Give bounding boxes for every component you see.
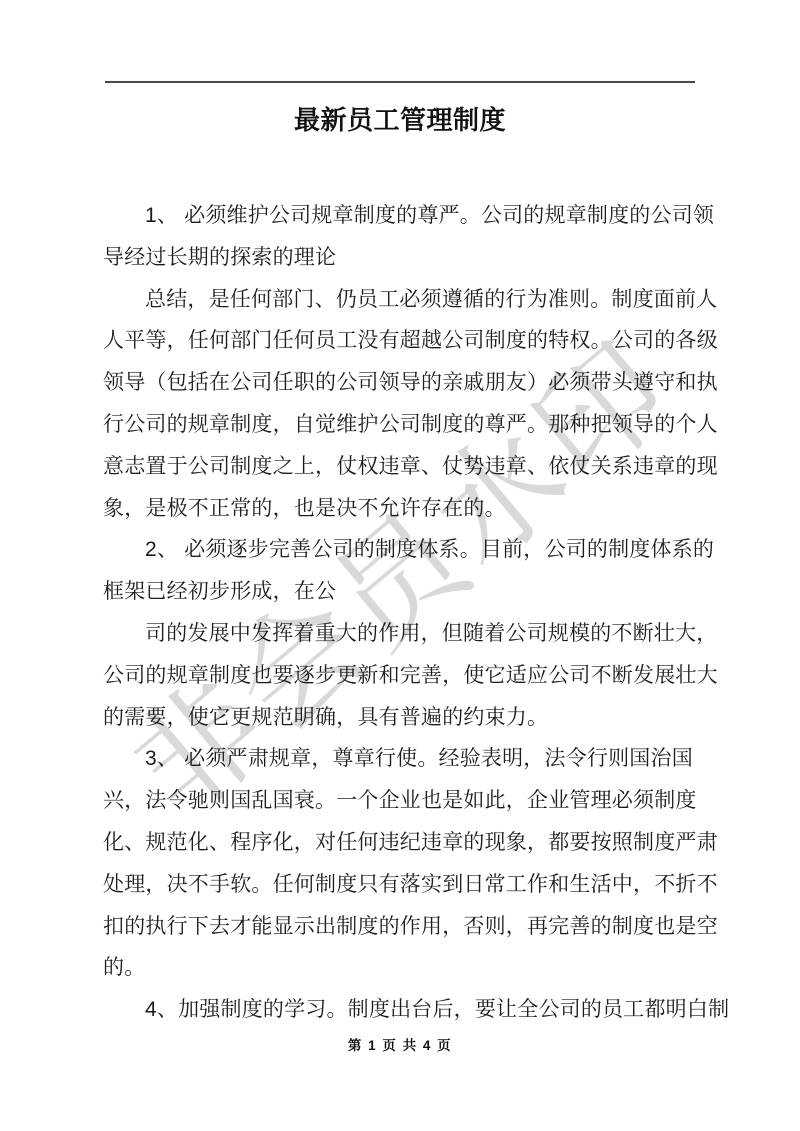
text-line: 框架已经初步形成，在公	[103, 571, 703, 613]
text-line: 行公司的规章制度，自觉维护公司制度的尊严。那种把领导的个人	[103, 404, 703, 446]
header-rule	[105, 81, 695, 83]
page-title: 最新员工管理制度	[0, 102, 800, 138]
text-line: 2、 必须逐步完善公司的制度体系。目前，公司的制度体系的	[103, 529, 703, 571]
text-line: 总结，是任何部门、仍员工必须遵循的行为准则。制度面前人	[103, 279, 703, 321]
document-body: 1、 必须维护公司规章制度的尊严。公司的规章制度的公司领 导经过长期的探索的理论…	[103, 195, 703, 1031]
text-line: 化、规范化、程序化，对任何违纪违章的现象，都要按照制度严肃	[103, 822, 703, 864]
text-line: 人平等，任何部门任何员工没有超越公司制度的特权。公司的各级	[103, 320, 703, 362]
text-line: 公司的规章制度也要逐步更新和完善，使它适应公司不断发展壮大	[103, 655, 703, 697]
text-line: 兴，法令驰则国乱国衰。一个企业也是如此，企业管理必须制度	[103, 780, 703, 822]
text-line: 的需要，使它更规范明确，具有普遍的约束力。	[103, 697, 703, 739]
text-line: 意志置于公司制度之上，仗权违章、仗势违章、依仗关系违章的现	[103, 446, 703, 488]
text-line: 象，是极不正常的，也是决不允许存在的。	[103, 488, 703, 530]
text-line: 导经过长期的探索的理论	[103, 237, 703, 279]
document-page: 最新员工管理制度 非会员水印 1、 必须维护公司规章制度的尊严。公司的规章制度的…	[0, 0, 800, 1131]
text-line: 领导（包括在公司任职的公司领导的亲戚朋友）必须带头遵守和执	[103, 362, 703, 404]
text-line: 4、加强制度的学习。制度出台后，要让全公司的员工都明白制	[103, 989, 703, 1031]
page-number: 第 1 页 共 4 页	[0, 1039, 800, 1053]
text-line: 扣的执行下去才能显示出制度的作用，否则，再完善的制度也是空	[103, 906, 703, 948]
text-line: 司的发展中发挥着重大的作用，但随着公司规模的不断壮大，	[103, 613, 703, 655]
text-line: 3、 必须严肃规章，尊章行使。经验表明，法令行则国治国	[103, 738, 703, 780]
text-line: 处理，决不手软。任何制度只有落实到日常工作和生活中，不折不	[103, 864, 703, 906]
text-line: 1、 必须维护公司规章制度的尊严。公司的规章制度的公司领	[103, 195, 703, 237]
text-line: 的。	[103, 947, 703, 989]
